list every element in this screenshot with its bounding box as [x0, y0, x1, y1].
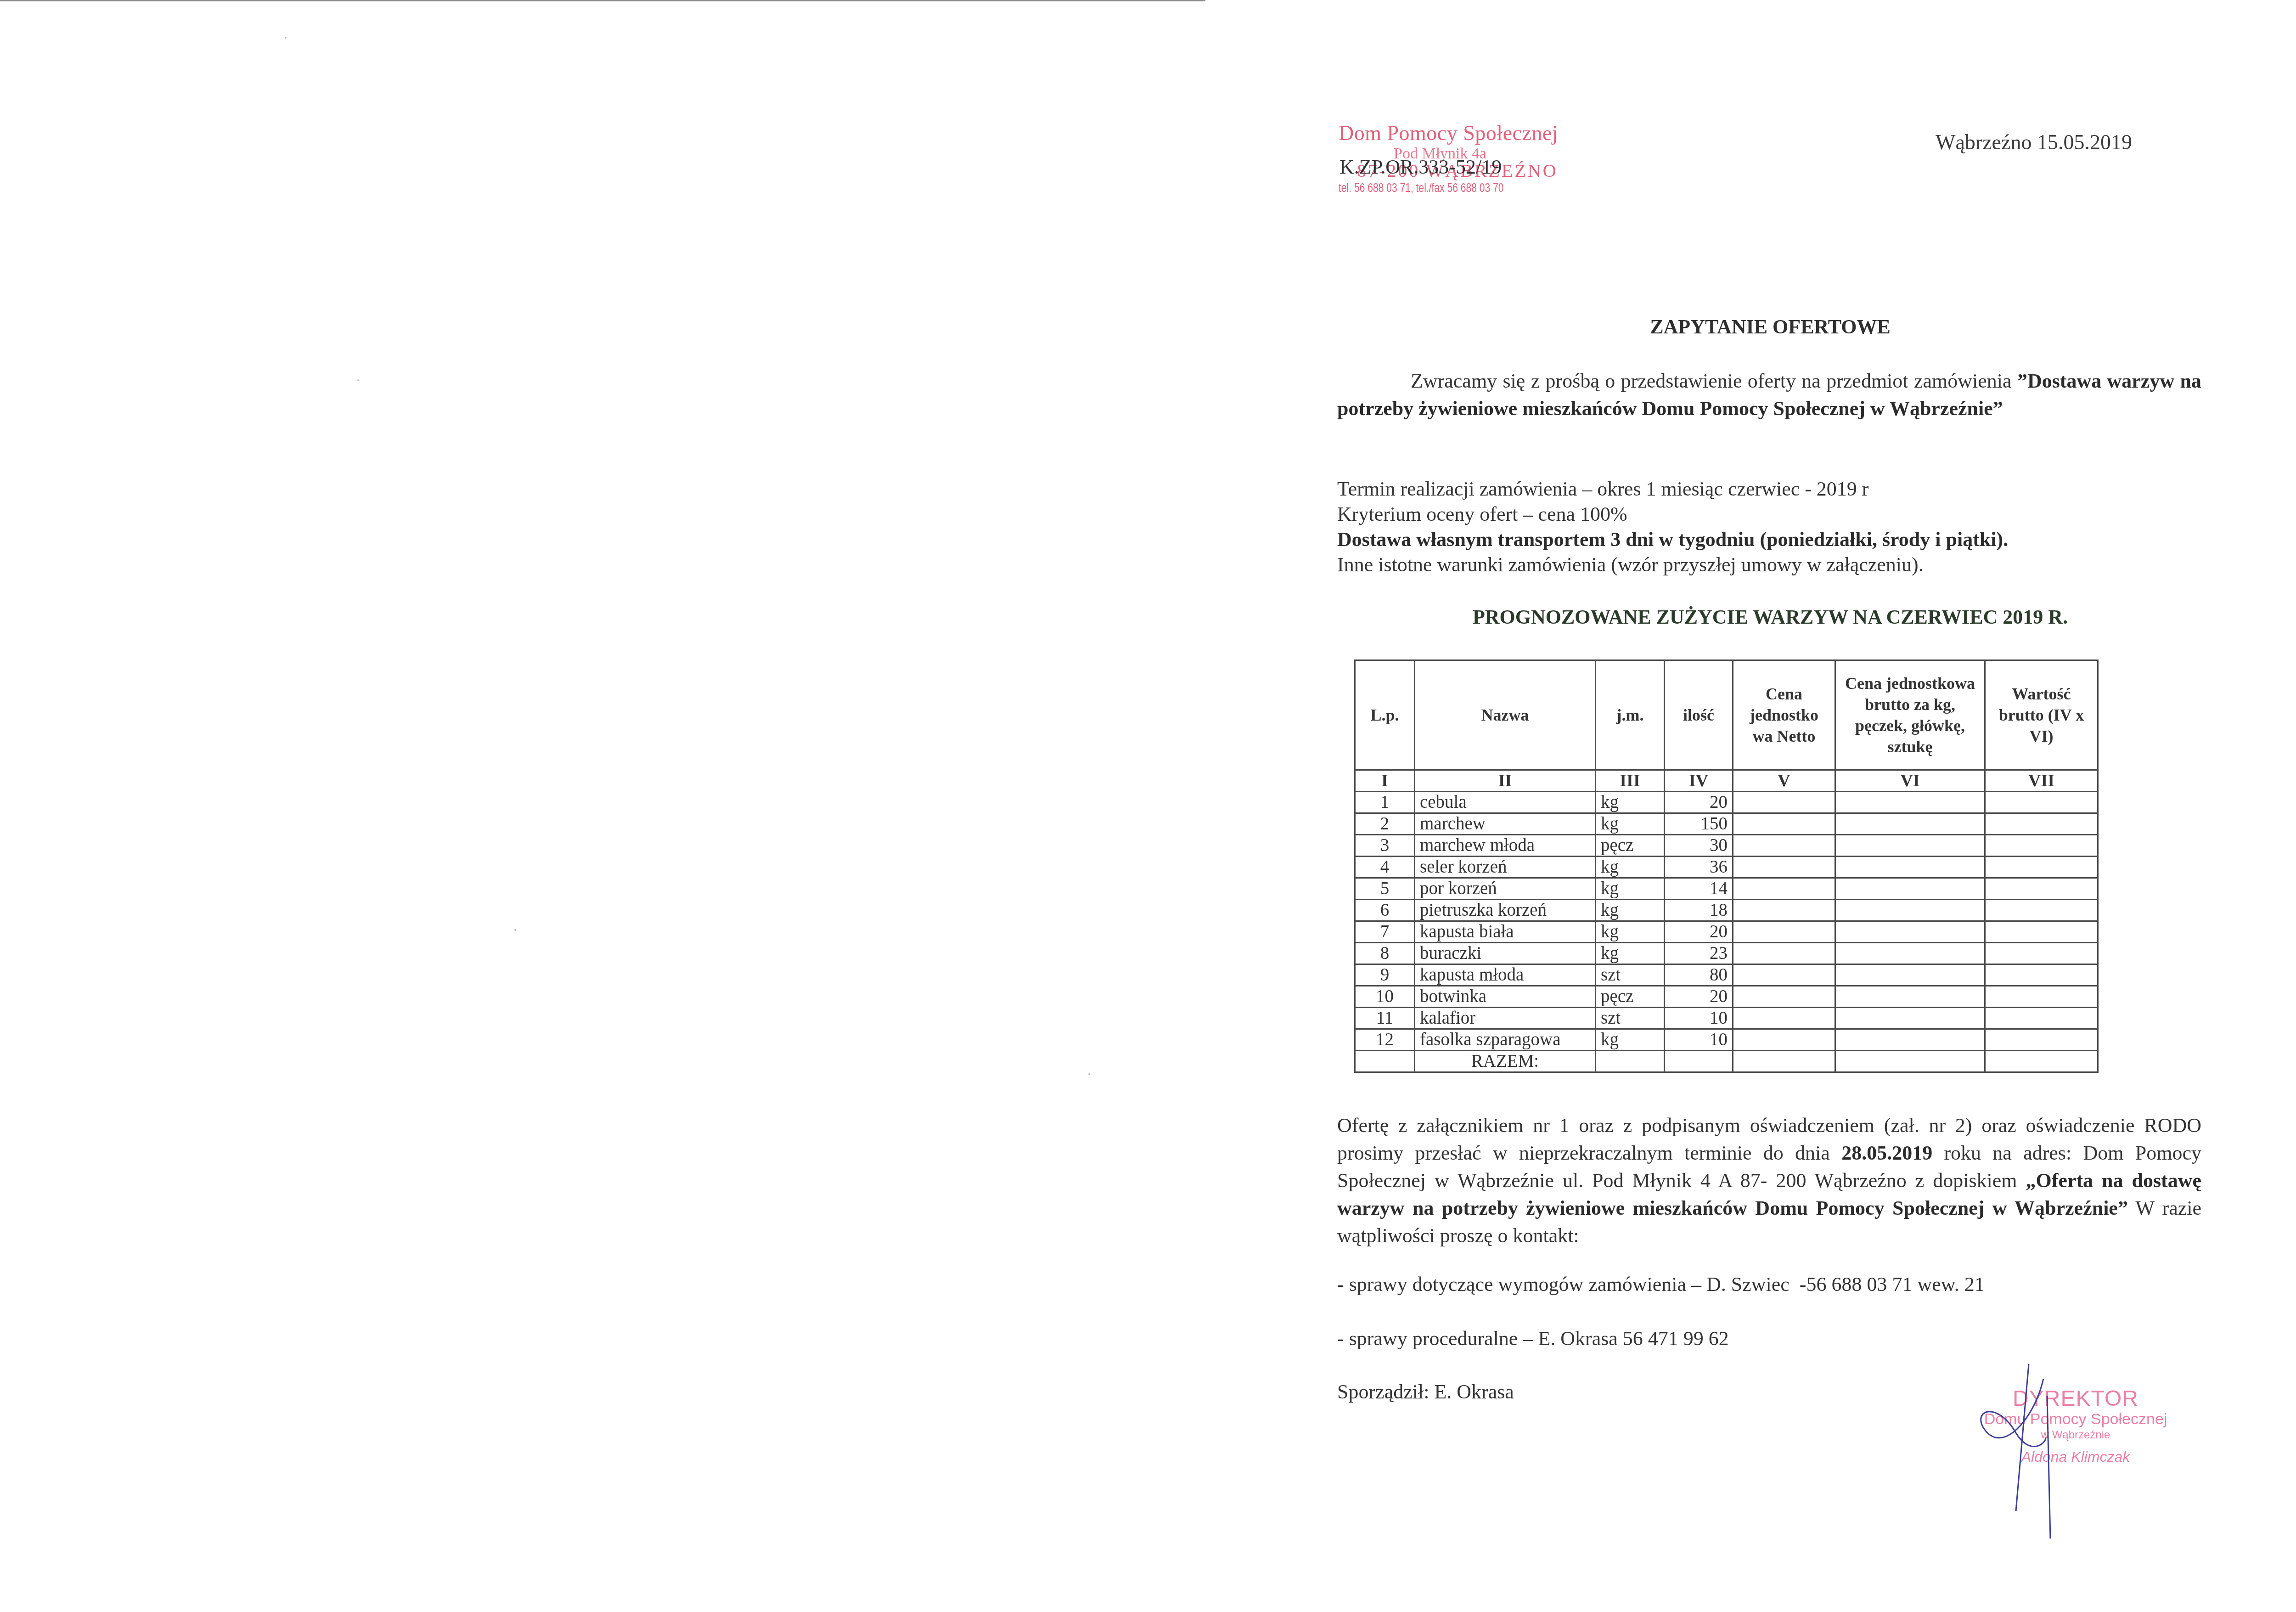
lp-cell: 8 [1355, 943, 1415, 964]
gross-unit-price-cell [1835, 921, 1985, 943]
name-cell: cebula [1415, 792, 1596, 813]
intro-paragraph: Zwracamy się z prośbą o przedstawienie o… [1337, 367, 2201, 423]
header-net-price: Cena jednostko wa Netto [1733, 660, 1835, 770]
header-gross-value: Wartość brutto (IV x VI) [1985, 660, 2098, 770]
unit-cell: szt [1596, 964, 1665, 986]
term-period: Termin realizacji zamówienia – okres 1 m… [1337, 476, 2008, 502]
gross-unit-price-cell [1835, 857, 1985, 878]
gross-value-cell [1985, 986, 2098, 1008]
name-cell: pietruszka korzeń [1415, 900, 1596, 921]
name-cell: kalafior [1415, 1008, 1596, 1029]
stamp-phone: tel. 56 688 03 71, tel./fax 56 688 03 70 [1339, 180, 1539, 196]
unit-cell: kg [1596, 857, 1665, 878]
unit-cell: kg [1596, 943, 1665, 964]
scan-speck [514, 929, 516, 931]
net-price-cell [1733, 813, 1835, 835]
gross-unit-price-cell [1835, 792, 1985, 813]
scan-border-line [0, 0, 1205, 1]
lp-cell: 12 [1355, 1029, 1415, 1051]
net-price-cell [1733, 835, 1835, 857]
submission-paragraph: Ofertę z załącznikiem nr 1 oraz z podpis… [1337, 1112, 2201, 1250]
qty-cell: 20 [1665, 792, 1733, 813]
table-row: 5por korzeńkg14 [1355, 878, 2098, 900]
net-price-cell [1733, 1008, 1835, 1029]
gross-value-cell [1985, 792, 2098, 813]
gross-value-cell [1985, 964, 2098, 986]
roman-cell: III [1596, 770, 1665, 792]
term-criterion: Kryterium oceny ofert – cena 100% [1337, 502, 2008, 527]
qty-cell: 10 [1665, 1029, 1733, 1051]
gross-value-cell [1985, 835, 2098, 857]
net-price-cell [1733, 943, 1835, 964]
total-cell [1665, 1051, 1733, 1072]
lp-cell: 7 [1355, 921, 1415, 943]
unit-cell: kg [1596, 1029, 1665, 1051]
vegetable-table: L.p. Nazwa j.m. ilość Cena jednostko wa … [1354, 659, 2099, 1073]
unit-cell: kg [1596, 900, 1665, 921]
name-cell: kapusta młoda [1415, 964, 1596, 986]
total-cell [1596, 1051, 1665, 1072]
total-cell [1835, 1051, 1985, 1072]
net-price-cell [1733, 964, 1835, 986]
unit-cell: pęcz [1596, 835, 1665, 857]
table-row: 3marchew młodapęcz30 [1355, 835, 2098, 857]
gross-unit-price-cell [1835, 986, 1985, 1008]
name-cell: fasolka szparagowa [1415, 1029, 1596, 1051]
net-price-cell [1733, 986, 1835, 1008]
name-cell: marchew [1415, 813, 1596, 835]
qty-cell: 18 [1665, 900, 1733, 921]
unit-cell: pęcz [1596, 986, 1665, 1008]
submission-deadline: 28.05.2019 [1841, 1142, 1932, 1164]
qty-cell: 20 [1665, 986, 1733, 1008]
gross-unit-price-cell [1835, 964, 1985, 986]
unit-cell: kg [1596, 792, 1665, 813]
lp-cell: 9 [1355, 964, 1415, 986]
table-row: 4seler korzeńkg36 [1355, 857, 2098, 878]
header-unit: j.m. [1596, 660, 1665, 770]
table-row: 12fasolka szparagowakg10 [1355, 1029, 2098, 1051]
lp-cell: 2 [1355, 813, 1415, 835]
unit-cell: kg [1596, 813, 1665, 835]
net-price-cell [1733, 857, 1835, 878]
lp-cell: 6 [1355, 900, 1415, 921]
net-price-cell [1733, 792, 1835, 813]
gross-value-cell [1985, 943, 2098, 964]
total-cell [1733, 1051, 1835, 1072]
gross-value-cell [1985, 1008, 2098, 1029]
total-cell [1355, 1051, 1415, 1072]
roman-cell: V [1733, 770, 1835, 792]
gross-unit-price-cell [1835, 900, 1985, 921]
total-label: RAZEM: [1415, 1051, 1596, 1072]
prepared-by: Sporządził: E. Okrasa [1337, 1380, 1514, 1403]
lp-cell: 11 [1355, 1008, 1415, 1029]
gross-unit-price-cell [1835, 1029, 1985, 1051]
lp-cell: 3 [1355, 835, 1415, 857]
name-cell: botwinka [1415, 986, 1596, 1008]
term-delivery: Dostawa własnym transportem 3 dni w tygo… [1337, 527, 2008, 552]
table-header-row: L.p. Nazwa j.m. ilość Cena jednostko wa … [1355, 660, 2098, 770]
intro-text: Zwracamy się z prośbą o przedstawienie o… [1411, 370, 2012, 392]
lp-cell: 10 [1355, 986, 1415, 1008]
contact-procedural: - sprawy proceduralne – E. Okrasa 56 471… [1337, 1327, 1729, 1350]
lp-cell: 4 [1355, 857, 1415, 878]
qty-cell: 10 [1665, 1008, 1733, 1029]
gross-value-cell [1985, 921, 2098, 943]
reference-number: K.ZP.OR.333-52/19 [1339, 155, 1502, 179]
gross-value-cell [1985, 857, 2098, 878]
name-cell: buraczki [1415, 943, 1596, 964]
qty-cell: 14 [1665, 878, 1733, 900]
gross-unit-price-cell [1835, 835, 1985, 857]
qty-cell: 36 [1665, 857, 1733, 878]
qty-cell: 80 [1665, 964, 1733, 986]
table-row: 9kapusta młodaszt80 [1355, 964, 2098, 986]
scan-speck [1088, 1073, 1090, 1075]
qty-cell: 150 [1665, 813, 1733, 835]
scan-speck [357, 379, 359, 381]
unit-cell: szt [1596, 1008, 1665, 1029]
contact-requirements: - sprawy dotyczące wymogów zamówienia – … [1337, 1273, 1985, 1296]
total-cell [1985, 1051, 2098, 1072]
lp-cell: 1 [1355, 792, 1415, 813]
header-name: Nazwa [1415, 660, 1596, 770]
roman-cell: VII [1985, 770, 2098, 792]
table-row: 1cebulakg20 [1355, 792, 2098, 813]
table-row: 7kapusta białakg20 [1355, 921, 2098, 943]
gross-value-cell [1985, 900, 2098, 921]
header-gross-unit-price: Cena jednostkowa brutto za kg, pęczek, g… [1835, 660, 1985, 770]
gross-unit-price-cell [1835, 813, 1985, 835]
header-lp: L.p. [1355, 660, 1415, 770]
table-row: 11kalafiorszt10 [1355, 1008, 2098, 1029]
net-price-cell [1733, 900, 1835, 921]
gross-unit-price-cell [1835, 943, 1985, 964]
lp-cell: 5 [1355, 878, 1415, 900]
name-cell: kapusta biała [1415, 921, 1596, 943]
roman-cell: II [1415, 770, 1596, 792]
scan-speck [285, 37, 287, 39]
table-row: 2marchewkg150 [1355, 813, 2098, 835]
name-cell: por korzeń [1415, 878, 1596, 900]
table-title: PROGNOZOWANE ZUŻYCIE WARZYW NA CZERWIEC … [1327, 605, 2213, 629]
roman-cell: VI [1835, 770, 1985, 792]
name-cell: marchew młoda [1415, 835, 1596, 857]
table-row: 8buraczkikg23 [1355, 943, 2098, 964]
order-terms: Termin realizacji zamówienia – okres 1 m… [1337, 476, 2008, 577]
roman-cell: I [1355, 770, 1415, 792]
net-price-cell [1733, 1029, 1835, 1051]
net-price-cell [1733, 878, 1835, 900]
header-qty: ilość [1665, 660, 1733, 770]
gross-value-cell [1985, 878, 2098, 900]
roman-cell: IV [1665, 770, 1733, 792]
unit-cell: kg [1596, 878, 1665, 900]
table-row: 6pietruszka korzeńkg18 [1355, 900, 2098, 921]
unit-cell: kg [1596, 921, 1665, 943]
term-other: Inne istotne warunki zamówienia (wzór pr… [1337, 552, 2008, 577]
handwritten-signature [1947, 1346, 2103, 1539]
gross-value-cell [1985, 1029, 2098, 1051]
place-date: Wąbrzeźno 15.05.2019 [1936, 130, 2132, 154]
net-price-cell [1733, 921, 1835, 943]
document-title: ZAPYTANIE OFERTOWE [1327, 315, 2213, 338]
roman-numeral-row: I II III IV V VI VII [1355, 770, 2098, 792]
total-row: RAZEM: [1355, 1051, 2098, 1072]
qty-cell: 23 [1665, 943, 1733, 964]
name-cell: seler korzeń [1415, 857, 1596, 878]
qty-cell: 30 [1665, 835, 1733, 857]
stamp-name: Dom Pomocy Społecznej [1339, 120, 1596, 146]
gross-value-cell [1985, 813, 2098, 835]
table-row: 10botwinkapęcz20 [1355, 986, 2098, 1008]
qty-cell: 20 [1665, 921, 1733, 943]
gross-unit-price-cell [1835, 878, 1985, 900]
gross-unit-price-cell [1835, 1008, 1985, 1029]
